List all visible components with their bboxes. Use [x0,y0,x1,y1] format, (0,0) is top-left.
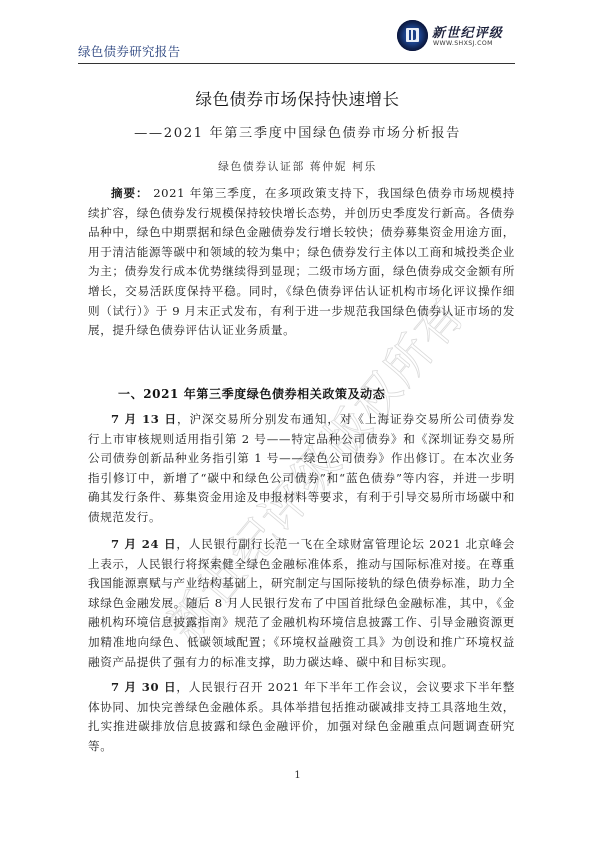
abstract-text: 2021 年第三季度，在多项政策支持下，我国绿色债券市场规模持续扩容，绿色债券发… [88,186,515,337]
agency-logo: 新世纪评级 WWW.SHXSJ.COM [397,20,517,54]
section-heading: 一、2021 年第三季度绿色债券相关政策及动态 [118,385,385,402]
paragraph-date: 7 月 13 日 [111,412,177,426]
document-subtitle: ——2021 年第三季度中国绿色债券市场分析报告 [0,122,595,141]
abstract: 摘要： 2021 年第三季度，在多项政策支持下，我国绿色债券市场规模持续扩容，绿… [88,184,515,341]
agency-seal-icon [397,20,428,51]
logo-name: 新世纪评级 [432,22,503,41]
document-authors: 绿色债券认证部 蒋仲妮 柯乐 [0,159,595,174]
document-title: 绿色债券市场保持快速增长 [0,86,595,110]
paragraph-date: 7 月 30 日 [111,680,176,694]
body-paragraph: 7 月 24 日，人民银行副行长范一飞在全球财富管理论坛 2021 北京峰会上表… [88,535,515,672]
paragraph-text: ，人民银行副行长范一飞在全球财富管理论坛 2021 北京峰会上表示，人民银行将探… [88,537,515,669]
page-header: 绿色债券研究报告 新世纪评级 WWW.SHXSJ.COM [78,0,515,66]
body-paragraph: 7 月 13 日，沪深交易所分别发布通知，对《上海证券交易所公司债券发行上市审核… [88,410,515,528]
abstract-label: 摘要： [111,186,149,200]
logo-url: WWW.SHXSJ.COM [433,40,493,47]
paragraph-date: 7 月 24 日 [111,537,176,551]
header-divider [78,63,515,64]
paragraph-text: ，沪深交易所分别发布通知，对《上海证券交易所公司债券发行上市审核规则适用指引第 … [88,412,515,524]
page-number: 1 [0,770,595,781]
report-series-label: 绿色债券研究报告 [78,42,180,60]
body-paragraph: 7 月 30 日，人民银行召开 2021 年下半年工作会议，会议要求下半年整体协… [88,678,515,756]
